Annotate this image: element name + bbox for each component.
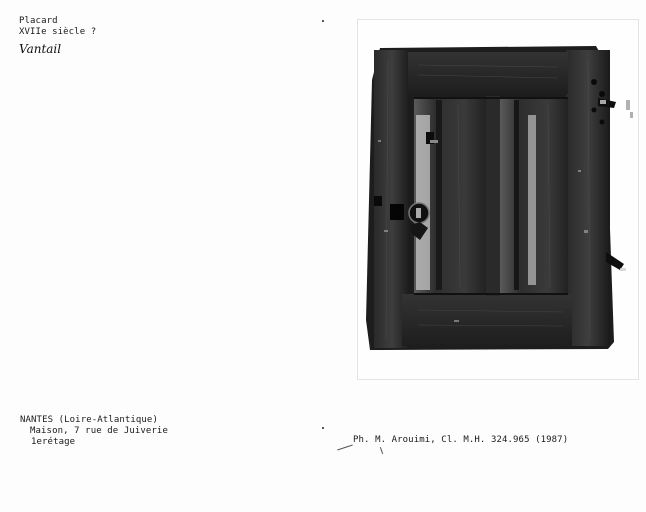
registration-mark [322,427,324,429]
archive-record-card: Placard XVIIe siècle ? Vantail NANTES (L… [0,0,646,512]
pen-stroke [337,445,353,451]
object-date: XVIIe siècle ? [19,27,96,38]
location-floor: 1erétage [31,437,75,448]
registration-mark [322,20,324,22]
handwritten-caption: Vantail [19,42,61,56]
photograph [357,19,639,380]
pen-stroke [380,447,383,454]
door-panel-photo [358,20,638,379]
object-title: Placard [19,16,58,27]
location-city: NANTES (Loire-Atlantique) [20,415,158,426]
photo-credit: Ph. M. Arouimi, Cl. M.H. 324.965 (1987) [353,435,568,446]
location-address: Maison, 7 rue de Juiverie [30,426,168,437]
